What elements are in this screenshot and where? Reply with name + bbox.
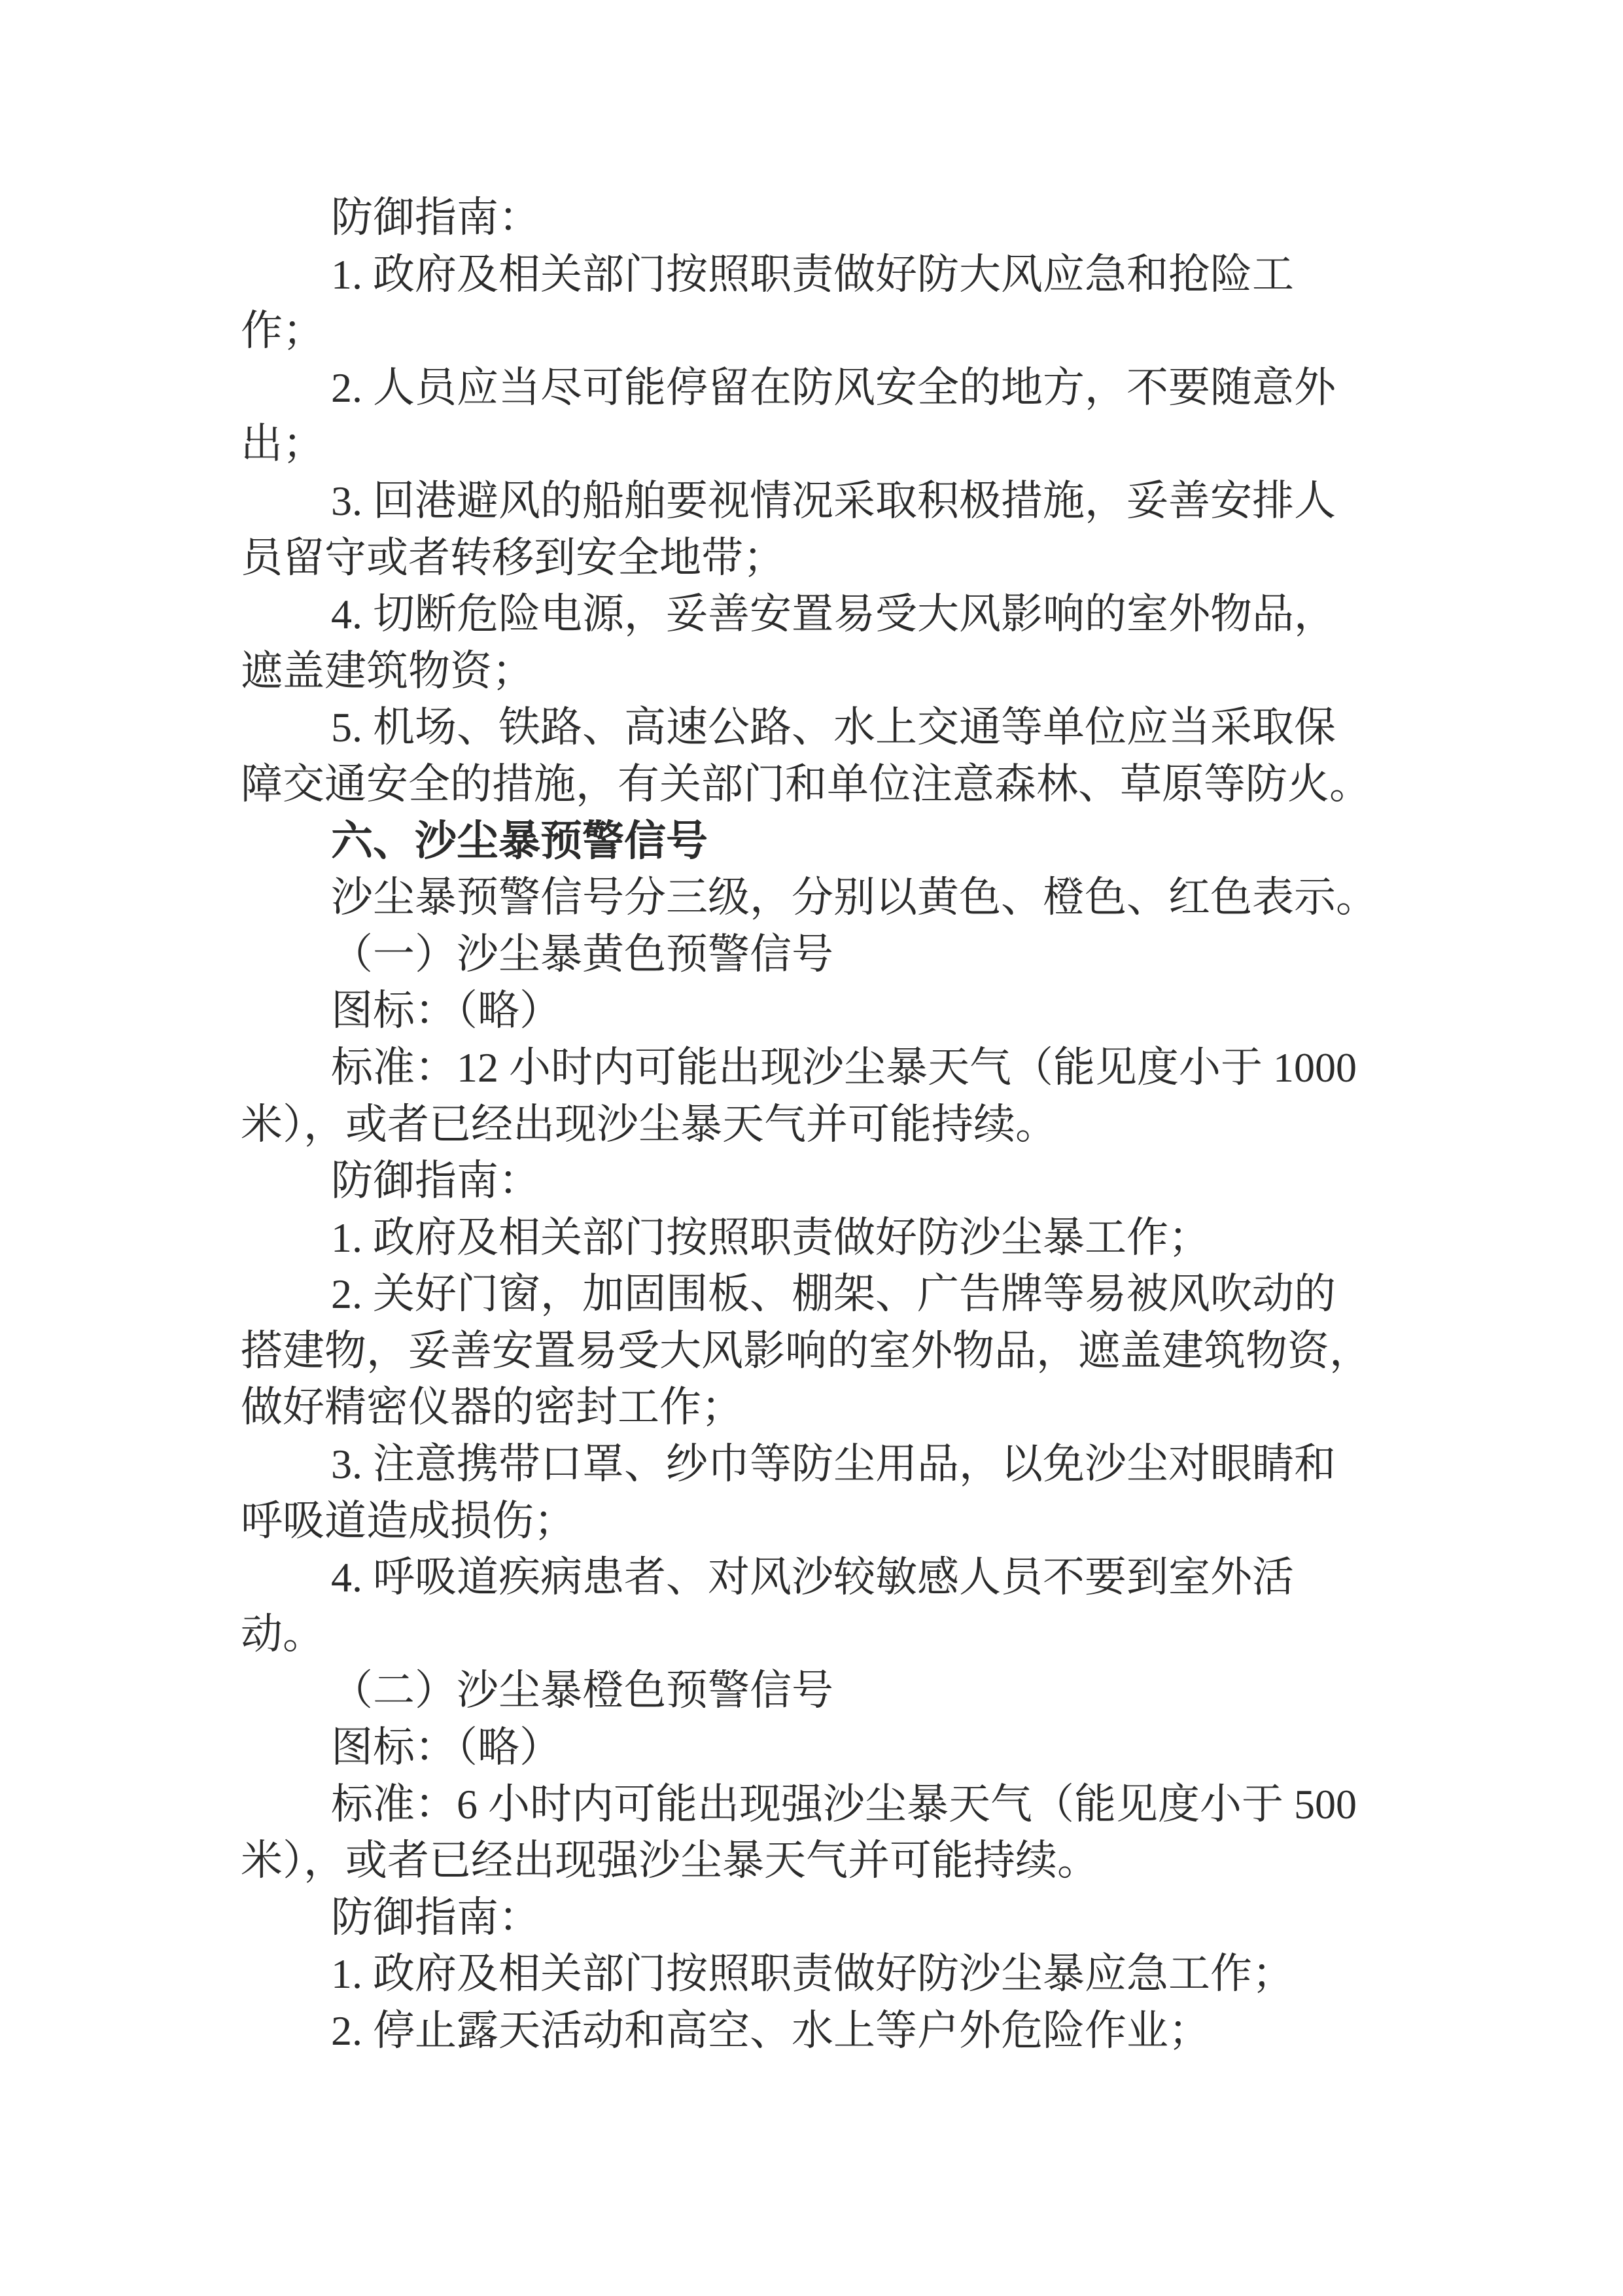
text-line: 1. 政府及相关部门按照职责做好防大风应急和抢险工 [241,247,1382,304]
text-line: 2. 关好门窗，加固围板、棚架、广告牌等易被风吹动的 [241,1266,1382,1323]
text-line: 3. 回港避风的船舶要视情况采取积极措施，妥善安排人 [241,473,1382,530]
text-line: 员留守或者转移到安全地带； [241,530,1382,587]
text-line: 米），或者已经出现沙尘暴天气并可能持续。 [241,1097,1382,1154]
text-line: 出； [241,416,1382,473]
text-line: 4. 呼吸道疾病患者、对风沙较敏感人员不要到室外活 [241,1549,1382,1606]
document-page: 防御指南：1. 政府及相关部门按照职责做好防大风应急和抢险工作；2. 人员应当尽… [0,0,1623,2296]
text-line: 标准：12 小时内可能出现沙尘暴天气（能见度小于 1000 [241,1040,1382,1097]
text-line: 1. 政府及相关部门按照职责做好防沙尘暴工作； [241,1210,1382,1267]
text-line: 呼吸道造成损伤； [241,1493,1382,1550]
text-line: 搭建物，妥善安置易受大风影响的室外物品，遮盖建筑物资， [241,1323,1382,1380]
text-line: （二）沙尘暴橙色预警信号 [241,1663,1382,1720]
text-line: 图标：（略） [241,1720,1382,1776]
text-line: （一）沙尘暴黄色预警信号 [241,927,1382,983]
text-line: 防御指南： [241,190,1382,247]
text-line: 遮盖建筑物资； [241,643,1382,700]
document-text: 防御指南：1. 政府及相关部门按照职责做好防大风应急和抢险工作；2. 人员应当尽… [241,190,1382,2060]
text-line: 1. 政府及相关部门按照职责做好防沙尘暴应急工作； [241,1946,1382,2003]
text-line: 2. 人员应当尽可能停留在防风安全的地方，不要随意外 [241,360,1382,417]
text-line: 米），或者已经出现强沙尘暴天气并可能持续。 [241,1833,1382,1890]
text-line: 作； [241,303,1382,360]
text-line: 标准：6 小时内可能出现强沙尘暴天气（能见度小于 500 [241,1776,1382,1833]
text-line: 做好精密仪器的密封工作； [241,1379,1382,1436]
text-line: 障交通安全的措施，有关部门和单位注意森林、草原等防火。 [241,756,1382,813]
text-line: 防御指南： [241,1153,1382,1210]
text-line: 动。 [241,1606,1382,1663]
text-line: 图标：（略） [241,983,1382,1040]
text-line: 沙尘暴预警信号分三级，分别以黄色、橙色、红色表示。 [241,870,1382,927]
text-line: 5. 机场、铁路、高速公路、水上交通等单位应当采取保 [241,699,1382,756]
text-line: 2. 停止露天活动和高空、水上等户外危险作业； [241,2003,1382,2060]
text-line: 4. 切断危险电源，妥善安置易受大风影响的室外物品， [241,586,1382,643]
text-line: 防御指南： [241,1890,1382,1947]
text-line: 3. 注意携带口罩、纱巾等防尘用品，以免沙尘对眼睛和 [241,1436,1382,1493]
section-heading: 六、沙尘暴预警信号 [241,813,1382,870]
